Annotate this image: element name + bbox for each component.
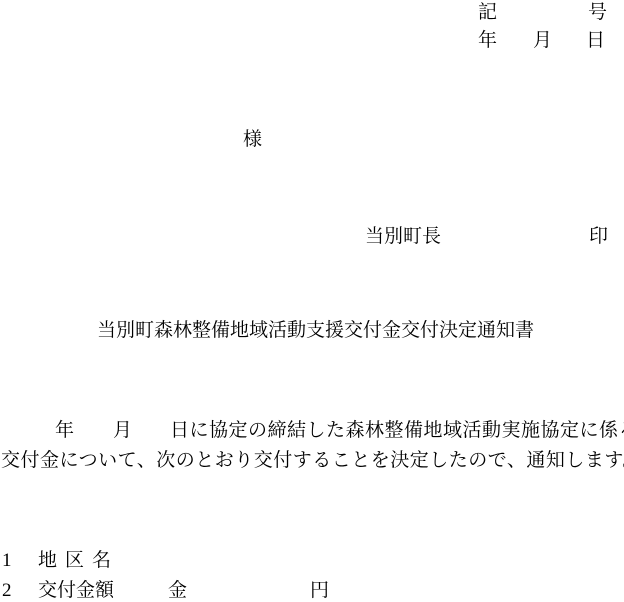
date-day-label: 日 [586, 31, 605, 50]
item2-amount-suffix-yen: 円 [310, 581, 329, 600]
item2-label-grant-amount: 交付金額 [38, 581, 114, 600]
sender-seal-mark: 印 [589, 227, 608, 246]
document-page: 記 号 年 月 日 様 当別町長 印 当別町森林整備地域活動支援交付金交付決定通… [0, 0, 624, 602]
item2-amount-prefix-kin: 金 [168, 581, 187, 600]
item1-number: 1 [2, 551, 12, 570]
sender-name: 当別町長 [365, 227, 441, 246]
doc-number-label: 記 [478, 3, 497, 22]
document-title: 当別町森林整備地域活動支援交付金交付決定通知書 [97, 321, 534, 340]
item1-label-district-name: 地区名 [38, 551, 119, 570]
body-date-month-label: 月 [113, 421, 132, 440]
date-year-label: 年 [478, 31, 497, 50]
body-line2-text: 交付金について、次のとおり交付することを決定したので、通知します。 [1, 451, 624, 470]
body-date-year-label: 年 [55, 421, 74, 440]
addressee-honorific: 様 [243, 130, 262, 149]
doc-number-unit: 号 [588, 3, 607, 22]
body-line1-text: 日に協定の締結した森林整備地域活動実施協定に係る [170, 421, 624, 440]
date-month-label: 月 [533, 31, 552, 50]
item2-number: 2 [2, 581, 12, 600]
